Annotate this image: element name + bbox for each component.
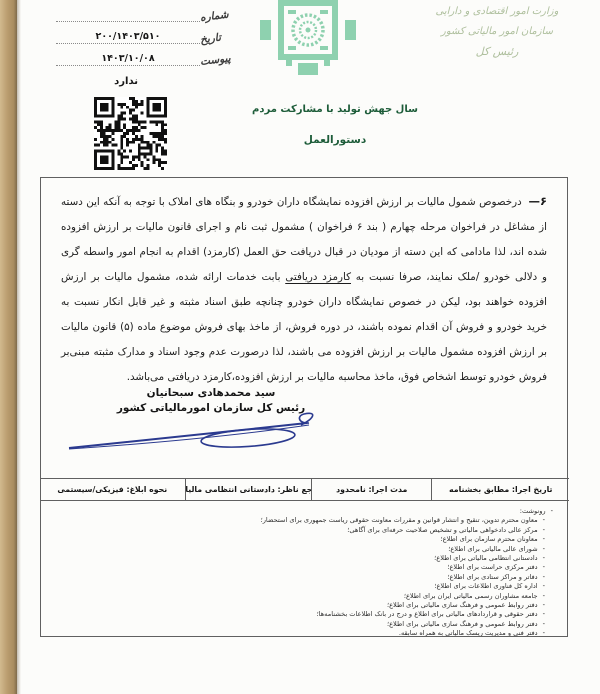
cc-item: معاونان محترم سازمان برای اطلاع؛ bbox=[49, 535, 559, 544]
cc-item: مرکز عالی دادخواهی مالیاتی و تشخیص صلاحی… bbox=[49, 526, 559, 535]
paragraph-text-after: بابت خدمات ارائه شده، مشمول مالیات بر ار… bbox=[61, 271, 547, 383]
scan-book-edge bbox=[0, 0, 17, 694]
paragraph-text-before: درخصوص شمول مالیات بر ارزش افزوده نمایشگ… bbox=[61, 196, 547, 283]
letter-date-value: ۱۴۰۳/۱۰/۰۸ bbox=[56, 53, 200, 66]
letter-content-frame: ۶— درخصوص شمول مالیات بر ارزش افزوده نما… bbox=[40, 177, 568, 637]
cc-item: دفتر روابط عمومی و فرهنگ سازی مالیاتی بر… bbox=[49, 620, 559, 629]
execution-date-cell: تاریخ اجرا: مطابق بخشنامه bbox=[431, 479, 569, 500]
ministry-name: وزارت امور اقتصادی و دارایی bbox=[402, 2, 592, 22]
letter-number-value: ۲۰۰/۱۴۰۳/۵۱۰ bbox=[56, 31, 200, 44]
clause-number: ۶— bbox=[528, 194, 547, 208]
number-line bbox=[56, 9, 200, 22]
cc-heading: رونوشت: bbox=[49, 507, 559, 516]
organization-name: سازمان امور مالیاتی کشور bbox=[402, 22, 592, 42]
notification-method-cell: نحوه ابلاغ: فیزیکی/سیستمی bbox=[40, 479, 185, 500]
supervising-authority-cell: مرجع ناظر: دادستانی انتظامی مالیاتی bbox=[185, 479, 311, 500]
cc-item: دفاتر و مراکز ستادی برای اطلاع؛ bbox=[49, 573, 559, 582]
attachment-row: پیوست ۱۴۰۳/۱۰/۰۸ bbox=[56, 53, 236, 66]
head-title: رئیس کل bbox=[402, 42, 592, 62]
cc-list: رونوشت: معاون محترم تدوین، تنقیح و انتشا… bbox=[41, 504, 567, 636]
cc-item: دفتر روابط عمومی و فرهنگ سازی مالیاتی بر… bbox=[49, 601, 559, 610]
cc-item: دادستانی انتظامی مالیاتی برای اطلاع؛ bbox=[49, 554, 559, 563]
attachment-value: ندارد bbox=[56, 76, 138, 87]
reference-block: شماره تاریخ ۲۰۰/۱۴۰۳/۵۱۰ پیوست ۱۴۰۳/۱۰/۰… bbox=[56, 0, 236, 87]
body-paragraph: ۶— درخصوص شمول مالیات بر ارزش افزوده نما… bbox=[41, 178, 567, 390]
qr-code bbox=[94, 97, 167, 170]
date-label: تاریخ bbox=[199, 30, 234, 46]
cc-item: دفتر حقوقی و قراردادهای مالیاتی برای اطل… bbox=[49, 610, 559, 619]
attachment-label: پیوست bbox=[199, 52, 234, 68]
paragraph-underlined-phrase: کارمزد دریافتی bbox=[285, 271, 351, 283]
cc-item: دفتر فنی و مدیریت ریسک مالیاتی به همراه … bbox=[49, 629, 559, 636]
cc-item: اداره کل فناوری اطلاعات برای اطلاع؛ bbox=[49, 582, 559, 591]
cc-item: دفتر مرکزی حراست برای اطلاع؛ bbox=[49, 563, 559, 572]
cc-item: معاون محترم تدوین، تنقیح و انتشار قوانین… bbox=[49, 516, 559, 525]
scan-edge-shadow bbox=[17, 0, 21, 694]
scanned-letter-page: وزارت امور اقتصادی و دارایی سازمان امور … bbox=[0, 0, 600, 694]
tax-administration-emblem-icon bbox=[260, 0, 356, 82]
year-slogan: سال جهش تولید با مشارکت مردم bbox=[210, 104, 460, 115]
cc-item: شورای عالی مالیاتی برای اطلاع؛ bbox=[49, 545, 559, 554]
letterhead-org-block: وزارت امور اقتصادی و دارایی سازمان امور … bbox=[402, 2, 592, 62]
number-label: شماره bbox=[199, 8, 234, 24]
execution-info-row: تاریخ اجرا: مطابق بخشنامه مدت اجرا: نامح… bbox=[40, 478, 569, 501]
execution-duration-cell: مدت اجرا: نامحدود bbox=[311, 479, 431, 500]
document-type-label: دستورالعمل bbox=[210, 134, 460, 146]
signatory-name: سید محمدهادی سبحانیان bbox=[96, 387, 326, 399]
date-row: تاریخ ۲۰۰/۱۴۰۳/۵۱۰ bbox=[56, 31, 236, 44]
handwritten-signature bbox=[63, 406, 363, 454]
number-row: شماره bbox=[56, 9, 236, 22]
cc-item: جامعه مشاوران رسمی مالیاتی ایران برای اط… bbox=[49, 592, 559, 601]
